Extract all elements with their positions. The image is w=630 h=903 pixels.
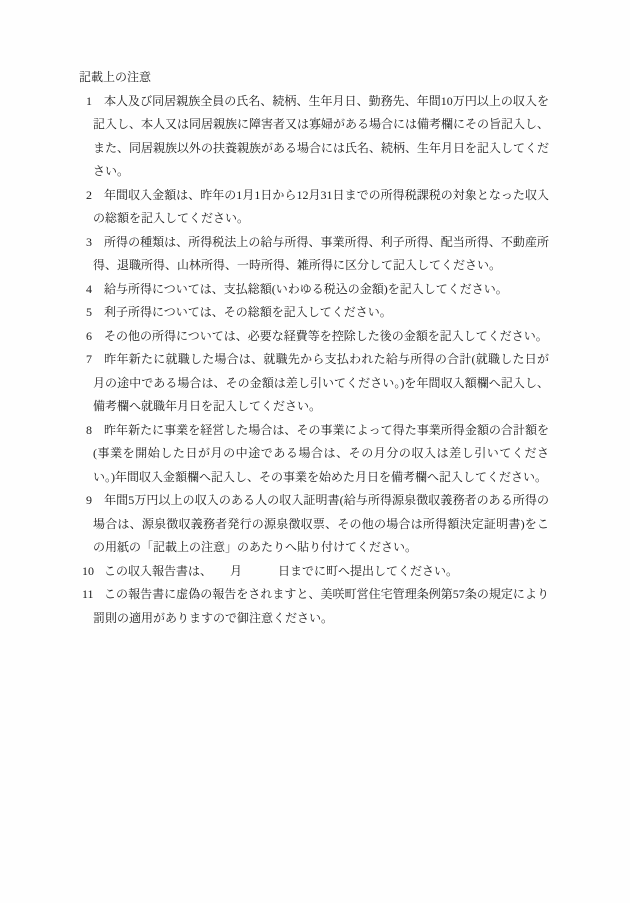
item-text: 給与所得については、支払総額(いわゆる税込の金額)を記入してください。 <box>104 282 508 296</box>
document-page: 記載上の注意 1本人及び同居親族全員の氏名、続柄、生年月日、勤務先、年間10万円… <box>0 0 630 903</box>
note-item-8: 8昨年新たに事業を経営した場合は、その事業によって得た事業所得金額の合計額を(事… <box>93 419 549 490</box>
note-item-1: 1本人及び同居親族全員の氏名、続柄、生年月日、勤務先、年間10万円以上の収入を記… <box>93 90 549 184</box>
note-item-5: 5利子所得については、その総額を記入してください。 <box>93 301 549 325</box>
item-text: 昨年新たに事業を経営した場合は、その事業によって得た事業所得金額の合計額を(事業… <box>93 423 549 484</box>
item-number: 10 <box>82 560 104 584</box>
note-item-10: 10この収入報告書は、 月 日までに町へ提出してください。 <box>93 560 549 584</box>
item-number: 4 <box>86 278 104 302</box>
notes-section: 記載上の注意 1本人及び同居親族全員の氏名、続柄、生年月日、勤務先、年間10万円… <box>93 66 549 630</box>
item-text: 年間収入金額は、昨年の1月1日から12月31日までの所得税課税の対象となった収入… <box>93 188 549 226</box>
page-title: 記載上の注意 <box>79 66 549 90</box>
note-item-9: 9年間5万円以上の収入のある人の収入証明書(給与所得源泉徴収義務者のある所得の場… <box>93 489 549 560</box>
item-text: 所得の種類は、所得税法上の給与所得、事業所得、利子所得、配当所得、不動産所得、退… <box>93 235 549 273</box>
item-text: この収入報告書は、 月 日までに町へ提出してください。 <box>104 564 458 578</box>
note-item-3: 3所得の種類は、所得税法上の給与所得、事業所得、利子所得、配当所得、不動産所得、… <box>93 231 549 278</box>
item-number: 7 <box>86 348 104 372</box>
item-text: 利子所得については、その総額を記入してください。 <box>104 305 392 319</box>
item-text: その他の所得については、必要な経費等を控除した後の金額を記入してください。 <box>104 329 548 343</box>
note-item-4: 4給与所得については、支払総額(いわゆる税込の金額)を記入してください。 <box>93 278 549 302</box>
item-number: 2 <box>86 184 104 208</box>
item-number: 3 <box>86 231 104 255</box>
item-text: 本人及び同居親族全員の氏名、続柄、生年月日、勤務先、年間10万円以上の収入を記入… <box>93 94 549 179</box>
item-number: 8 <box>86 419 104 443</box>
note-item-2: 2年間収入金額は、昨年の1月1日から12月31日までの所得税課税の対象となった収… <box>93 184 549 231</box>
item-text: この報告書に虚偽の報告をされますと、美咲町営住宅管理条例第57条の規定により罰則… <box>93 587 549 625</box>
note-item-6: 6その他の所得については、必要な経費等を控除した後の金額を記入してください。 <box>93 325 549 349</box>
note-item-7: 7昨年新たに就職した場合は、就職先から支払われた給与所得の合計(就職した日が月の… <box>93 348 549 419</box>
item-text: 昨年新たに就職した場合は、就職先から支払われた給与所得の合計(就職した日が月の途… <box>93 352 549 413</box>
note-item-11: 11この報告書に虚偽の報告をされますと、美咲町営住宅管理条例第57条の規定により… <box>93 583 549 630</box>
item-number: 9 <box>86 489 104 513</box>
item-text: 年間5万円以上の収入のある人の収入証明書(給与所得源泉徴収義務者のある所得の場合… <box>93 493 549 554</box>
item-number: 6 <box>86 325 104 349</box>
item-number: 5 <box>86 301 104 325</box>
item-number: 11 <box>82 583 104 607</box>
item-number: 1 <box>86 90 104 114</box>
